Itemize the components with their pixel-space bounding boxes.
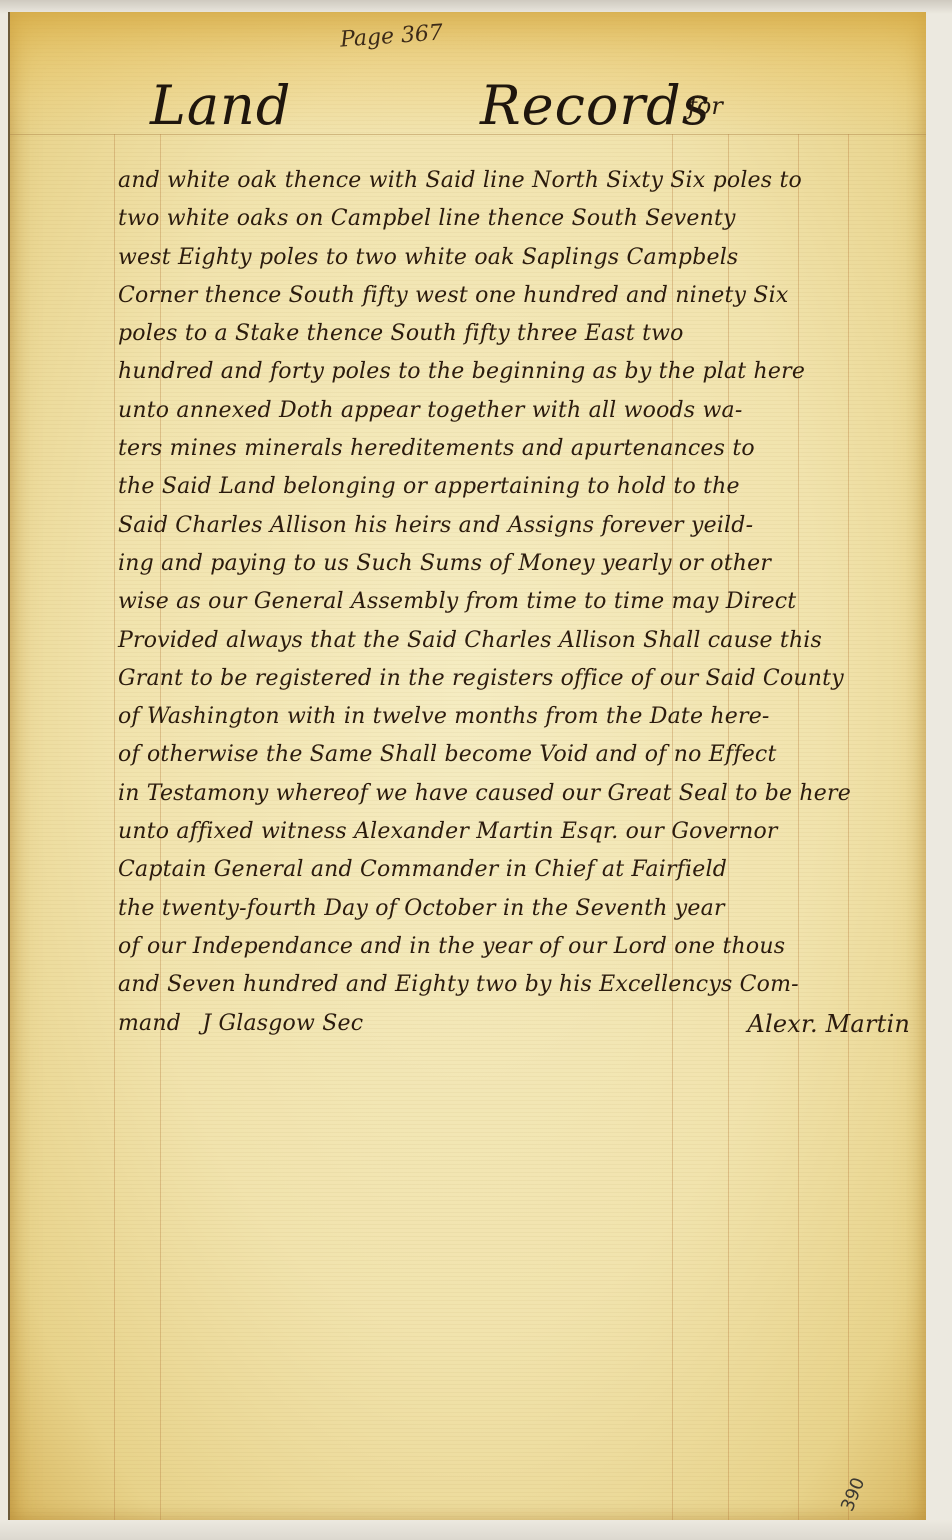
text-line: of our Independance and in the year of o…: [118, 928, 918, 966]
text-line: Corner thence South fifty west one hundr…: [118, 277, 918, 315]
title-for: for: [688, 92, 723, 120]
text-line: Grant to be registered in the registers …: [118, 660, 918, 698]
scan-background: Page 367 Land Records for and white oak …: [0, 0, 952, 1540]
title-records: Records: [480, 74, 710, 137]
secretary-signature: J Glasgow Sec: [202, 1011, 363, 1036]
title-land: Land: [150, 74, 291, 137]
text-line: of otherwise the Same Shall become Void …: [118, 736, 918, 774]
text-line: two white oaks on Campbel line thence So…: [118, 200, 918, 238]
text-line: the twenty-fourth Day of October in the …: [118, 890, 918, 928]
text-line: ters mines minerals hereditements and ap…: [118, 430, 918, 468]
text-line: ing and paying to us Such Sums of Money …: [118, 545, 918, 583]
text-line: Said Charles Allison his heirs and Assig…: [118, 507, 918, 545]
text-line: the Said Land belonging or appertaining …: [118, 468, 918, 506]
text-line: poles to a Stake thence South fifty thre…: [118, 315, 918, 353]
command-tail: mand: [118, 1011, 181, 1036]
text-line: and Seven hundred and Eighty two by his …: [118, 966, 918, 1004]
text-line: wise as our General Assembly from time t…: [118, 583, 918, 621]
folio-number: 390: [837, 1475, 869, 1515]
text-line: west Eighty poles to two white oak Sapli…: [118, 239, 918, 277]
margin-rule-left-1: [114, 134, 115, 1520]
header-margin: [10, 12, 926, 137]
text-line: Captain General and Commander in Chief a…: [118, 851, 918, 889]
text-line: unto affixed witness Alexander Martin Es…: [118, 813, 918, 851]
document-body: and white oak thence with Said line Nort…: [118, 162, 918, 1043]
text-line: in Testamony whereof we have caused our …: [118, 775, 918, 813]
text-line: hundred and forty poles to the beginning…: [118, 353, 918, 391]
text-line: of Washington with in twelve months from…: [118, 698, 918, 736]
header-rule: [10, 134, 926, 135]
text-line: Provided always that the Said Charles Al…: [118, 622, 918, 660]
text-line: unto annexed Doth appear together with a…: [118, 392, 918, 430]
document-page: Page 367 Land Records for and white oak …: [8, 12, 926, 1520]
text-line: and white oak thence with Said line Nort…: [118, 162, 918, 200]
